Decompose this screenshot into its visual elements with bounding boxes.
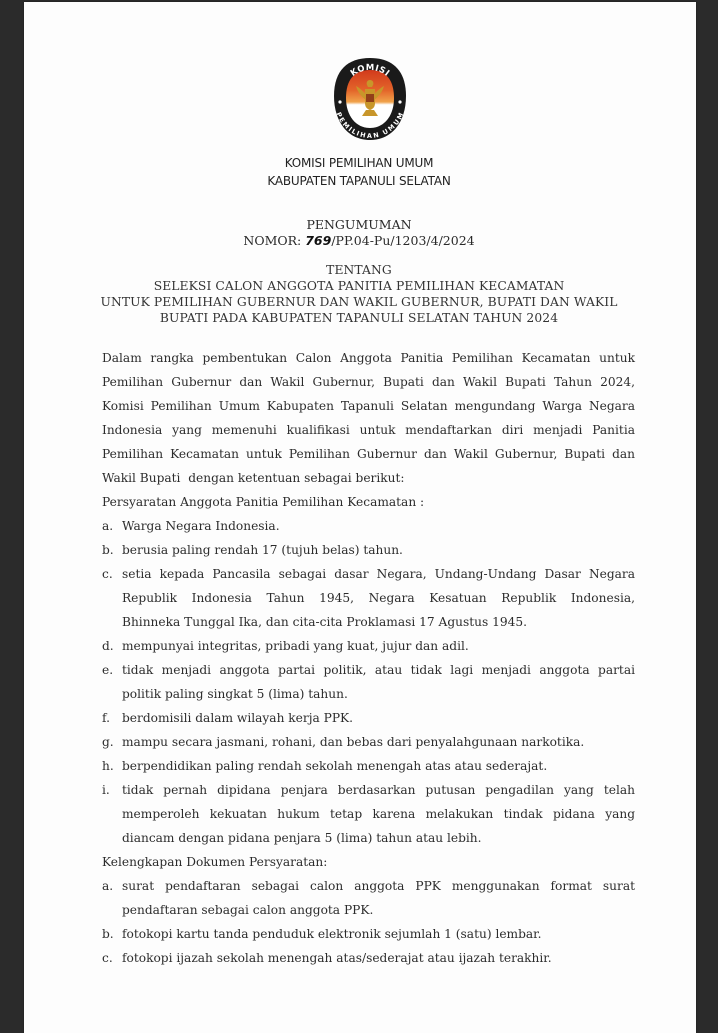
list-item-text: tidak menjadi anggota partai politik, at… <box>122 658 635 706</box>
nomor-label: NOMOR: <box>243 233 305 248</box>
list-item-text: berpendidikan paling rendah sekolah mene… <box>122 754 635 778</box>
list-item-text: berdomisili dalam wilayah kerja PPK. <box>122 706 635 730</box>
announcement-heading: PENGUMUMAN <box>0 217 718 232</box>
intro-line: Pemilihan Kecamatan untuk Pemilihan Gube… <box>102 442 635 466</box>
list-item: h.berpendidikan paling rendah sekolah me… <box>102 754 635 778</box>
list-item-line: Republik Indonesia Tahun 1945, Negara Ke… <box>122 586 635 610</box>
list-item-line: memperoleh kekuatan hukum tetap karena m… <box>122 802 635 826</box>
list-item-line: mempunyai integritas, pribadi yang kuat,… <box>122 634 635 658</box>
list-item: i.tidak pernah dipidana penjara berdasar… <box>102 778 635 850</box>
list-marker: a. <box>102 514 122 538</box>
list-item-line: mampu secara jasmani, rohani, dan bebas … <box>122 730 635 754</box>
title-line-2: UNTUK PEMILIHAN GUBERNUR DAN WAKIL GUBER… <box>0 295 718 309</box>
list-item: g.mampu secara jasmani, rohani, dan beba… <box>102 730 635 754</box>
list-item: b.berusia paling rendah 17 (tujuh belas)… <box>102 538 635 562</box>
intro-line: Komisi Pemilihan Umum Kabupaten Tapanuli… <box>102 394 635 418</box>
title-line-3: BUPATI PADA KABUPATEN TAPANULI SELATAN T… <box>0 311 718 325</box>
list-item-text: fotokopi ijazah sekolah menengah atas/se… <box>122 946 635 970</box>
list-item-line: berdomisili dalam wilayah kerja PPK. <box>122 706 635 730</box>
list-item-line: fotokopi kartu tanda penduduk elektronik… <box>122 922 635 946</box>
list-item-line: Bhinneka Tunggal Ika, dan cita-cita Prok… <box>122 610 635 634</box>
list-item-text: mampu secara jasmani, rohani, dan bebas … <box>122 730 635 754</box>
list-item-text: berusia paling rendah 17 (tujuh belas) t… <box>122 538 635 562</box>
list-item-line: politik paling singkat 5 (lima) tahun. <box>122 682 635 706</box>
requirements-list: a.Warga Negara Indonesia.b.berusia palin… <box>102 514 635 850</box>
list-item-line: tidak pernah dipidana penjara berdasarka… <box>122 778 635 802</box>
list-item: c.fotokopi ijazah sekolah menengah atas/… <box>102 946 635 970</box>
list-item-text: setia kepada Pancasila sebagai dasar Neg… <box>122 562 635 634</box>
list-item-line: berusia paling rendah 17 (tujuh belas) t… <box>122 538 635 562</box>
list-item: c.setia kepada Pancasila sebagai dasar N… <box>102 562 635 634</box>
list-item-text: Warga Negara Indonesia. <box>122 514 635 538</box>
list-item-line: Warga Negara Indonesia. <box>122 514 635 538</box>
intro-line: Wakil Bupati dengan ketentuan sebagai be… <box>102 466 635 490</box>
list-marker: h. <box>102 754 122 778</box>
nomor-handwritten: 769 <box>305 233 331 248</box>
intro-line: Pemilihan Gubernur dan Wakil Gubernur, B… <box>102 370 635 394</box>
list-item: a.Warga Negara Indonesia. <box>102 514 635 538</box>
list-marker: c. <box>102 946 122 970</box>
list-marker: b. <box>102 922 122 946</box>
list-item-line: pendaftaran sebagai calon anggota PPK. <box>122 898 635 922</box>
documents-list: a.surat pendaftaran sebagai calon anggot… <box>102 874 635 970</box>
list-item-line: berpendidikan paling rendah sekolah mene… <box>122 754 635 778</box>
tentang-label: TENTANG <box>0 263 718 277</box>
list-item-line: setia kepada Pancasila sebagai dasar Neg… <box>122 562 635 586</box>
announcement-body: Dalam rangka pembentukan Calon Anggota P… <box>102 346 635 970</box>
list-item-line: fotokopi ijazah sekolah menengah atas/se… <box>122 946 635 970</box>
intro-line: Dalam rangka pembentukan Calon Anggota P… <box>102 346 635 370</box>
list-item-text: tidak pernah dipidana penjara berdasarka… <box>122 778 635 850</box>
list-item-line: diancam dengan pidana penjara 5 (lima) t… <box>122 826 635 850</box>
list-item-text: surat pendaftaran sebagai calon anggota … <box>122 874 635 922</box>
list-item-text: fotokopi kartu tanda penduduk elektronik… <box>122 922 635 946</box>
intro-paragraph: Dalam rangka pembentukan Calon Anggota P… <box>102 346 635 490</box>
list-item: b.fotokopi kartu tanda penduduk elektron… <box>102 922 635 946</box>
list-marker: g. <box>102 730 122 754</box>
org-name: KOMISI PEMILIHAN UMUM <box>0 156 718 170</box>
list-marker: d. <box>102 634 122 658</box>
list-item-line: tidak menjadi anggota partai politik, at… <box>122 658 635 682</box>
announcement-number: NOMOR: 769/PP.04-Pu/1203/4/2024 <box>0 233 718 248</box>
title-line-1: SELEKSI CALON ANGGOTA PANITIA PEMILIHAN … <box>0 279 718 293</box>
list-item: d.mempunyai integritas, pribadi yang kua… <box>102 634 635 658</box>
list-item: f.berdomisili dalam wilayah kerja PPK. <box>102 706 635 730</box>
list-marker: a. <box>102 874 122 922</box>
list-marker: c. <box>102 562 122 634</box>
list-marker: b. <box>102 538 122 562</box>
list-item: a.surat pendaftaran sebagai calon anggot… <box>102 874 635 922</box>
org-region: KABUPATEN TAPANULI SELATAN <box>0 174 718 188</box>
list-marker: f. <box>102 706 122 730</box>
nomor-rest: /PP.04-Pu/1203/4/2024 <box>331 233 474 248</box>
list-marker: i. <box>102 778 122 850</box>
documents-heading: Kelengkapan Dokumen Persyaratan: <box>102 850 635 874</box>
list-marker: e. <box>102 658 122 706</box>
intro-line: Indonesia yang memenuhi kualifikasi untu… <box>102 418 635 442</box>
kpu-logo-icon: KOMISI PEMILIHAN UMUM <box>332 56 408 142</box>
list-item-line: surat pendaftaran sebagai calon anggota … <box>122 874 635 898</box>
requirements-heading: Persyaratan Anggota Panitia Pemilihan Ke… <box>102 490 635 514</box>
list-item: e.tidak menjadi anggota partai politik, … <box>102 658 635 706</box>
list-item-text: mempunyai integritas, pribadi yang kuat,… <box>122 634 635 658</box>
